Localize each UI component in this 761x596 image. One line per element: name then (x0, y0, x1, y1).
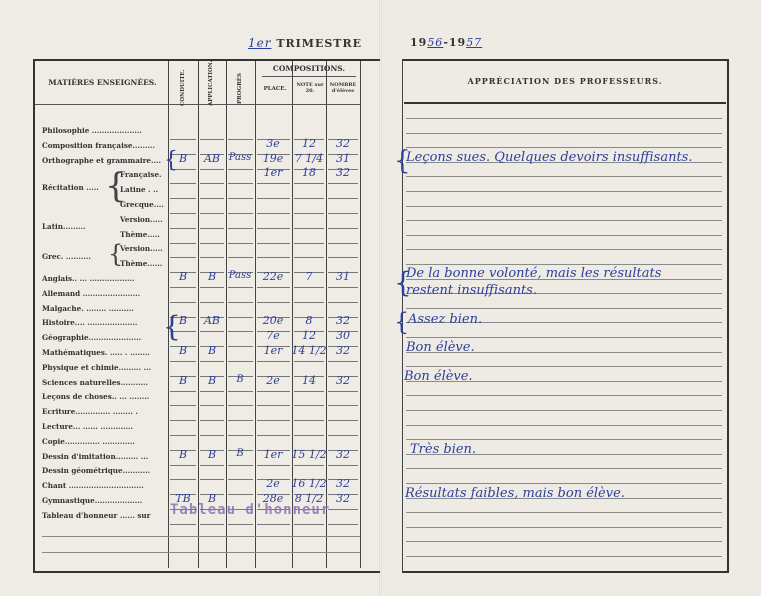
row-line (257, 361, 290, 362)
group-label-recitation: Récitation ..... (42, 183, 99, 192)
row-line (294, 391, 324, 392)
col-header-nombre: NOMBRE d'élèves (327, 82, 359, 94)
row-line (200, 243, 224, 244)
row-line (200, 183, 224, 184)
col-header-application: APPLICATION. (208, 64, 214, 106)
row-line (257, 257, 290, 258)
row-line (200, 287, 224, 288)
comment-gymnastique: Résultats faibles, mais bon élève. (405, 486, 625, 501)
row-line (170, 257, 196, 258)
subject-label: Allemand ....................... (42, 289, 166, 298)
row-line (200, 213, 224, 214)
subject-label: Leçons de choses.. ... ........ (42, 392, 166, 401)
subject-label: Sciences naturelles........... (42, 378, 166, 387)
row-line (200, 139, 224, 140)
subject-label: Histoire.... .................... (42, 318, 166, 327)
row-line (294, 183, 324, 184)
writing-line (406, 366, 722, 367)
row-line (228, 405, 253, 406)
row-line (228, 361, 253, 362)
row-line (170, 213, 196, 214)
row-line (170, 420, 196, 421)
writing-line (406, 118, 722, 119)
compositions-divider (262, 76, 356, 77)
year-start: 56 (427, 36, 443, 49)
grade-progres: Pass (222, 152, 258, 163)
writing-line (406, 147, 722, 148)
row-line (200, 420, 224, 421)
row-line (228, 228, 253, 229)
row-line (170, 139, 196, 140)
writing-line (406, 235, 722, 236)
row-line (200, 391, 224, 392)
row-line (228, 287, 253, 288)
grade-note: 12 (291, 137, 327, 150)
writing-line (406, 308, 722, 309)
row-line (228, 139, 253, 140)
grade-nombre: 31 (325, 270, 361, 283)
row-line (328, 198, 358, 199)
subject-label: Dessin géométrique........... (42, 466, 166, 475)
grade-nombre: 32 (325, 166, 361, 179)
row-line (228, 183, 253, 184)
col-header-progres: PROGRÈS (237, 66, 243, 104)
subject-label: Ecriture.............. ........ . (42, 407, 166, 416)
subject-label: Lecture... ...... ............. (42, 422, 166, 431)
writing-line (406, 410, 722, 411)
row-line (294, 524, 324, 525)
row-line (200, 198, 224, 199)
writing-line (406, 556, 722, 557)
grade-place: 7e (255, 329, 291, 342)
row-line (294, 405, 324, 406)
row-line (328, 509, 358, 510)
writing-line (406, 264, 722, 265)
appreciation-title: APPRÉCIATION DES PROFESSEURS. (402, 76, 728, 86)
row-line (294, 213, 324, 214)
grade-note: 14 1/2 (291, 344, 327, 357)
row-line (328, 420, 358, 421)
row-line (328, 213, 358, 214)
row-line (328, 391, 358, 392)
row-line (200, 257, 224, 258)
year-end: 57 (466, 36, 482, 49)
row-line (294, 198, 324, 199)
writing-line (406, 541, 722, 542)
grade-nombre: 30 (325, 329, 361, 342)
grade-nombre: 32 (325, 492, 361, 505)
grade-place: 2e (255, 374, 291, 387)
row-line (294, 287, 324, 288)
writing-line (406, 425, 722, 426)
row-line (294, 228, 324, 229)
row-line (228, 243, 253, 244)
grade-nombre: 31 (325, 152, 361, 165)
writing-line (406, 220, 722, 221)
col-header-place: PLACE. (258, 86, 292, 92)
row-line (170, 391, 196, 392)
appreciation-header-divider (404, 102, 726, 104)
row-line (228, 479, 253, 480)
row-line (228, 420, 253, 421)
grade-nombre: 32 (325, 448, 361, 461)
writing-line (406, 439, 722, 440)
brace-comment-3: { (394, 308, 409, 336)
grade-place: 1er (255, 448, 291, 461)
row-line (257, 213, 290, 214)
row-line (200, 302, 224, 303)
row-line (170, 228, 196, 229)
row-line (170, 479, 196, 480)
row-line (257, 243, 290, 244)
grade-place: 22e (255, 270, 291, 283)
row-line (257, 420, 290, 421)
writing-line (406, 249, 722, 250)
grade-progres: B (222, 374, 258, 385)
row-line (328, 302, 358, 303)
grade-place: 1er (255, 344, 291, 357)
row-line (257, 405, 290, 406)
header-divider (35, 104, 360, 105)
row-line (228, 435, 253, 436)
row-line (294, 465, 324, 466)
row-line (328, 435, 358, 436)
group-label-grec: Grec. .......... (42, 252, 91, 261)
grade-note: 16 1/2 (291, 477, 327, 490)
row-line (170, 524, 196, 525)
row-line (294, 435, 324, 436)
row-line (257, 465, 290, 466)
subject-label: Physique et chimie......... ... (42, 363, 166, 372)
group-label-latin: Latin......... (42, 222, 86, 231)
row-line (257, 228, 290, 229)
row-line (228, 465, 253, 466)
grade-nombre: 32 (325, 137, 361, 150)
col-header-compositions: COMPOSITIONS. (258, 64, 360, 73)
subject-label: Gymnastique................... (42, 496, 166, 505)
grade-note: 18 (291, 166, 327, 179)
row-line (228, 198, 253, 199)
row-line (228, 213, 253, 214)
year-sep: -19 (443, 36, 466, 49)
subject-label: Malgache. ........ .......... (42, 304, 166, 313)
subject-label: Anglais.. ... .................. (42, 274, 166, 283)
row-line (200, 228, 224, 229)
row-line (257, 198, 290, 199)
subject-label: Géographie..................... (42, 333, 166, 342)
blank-line (42, 552, 360, 553)
row-line (170, 435, 196, 436)
row-line (328, 287, 358, 288)
subject-label: Chant .............................. (42, 481, 166, 490)
grade-note: 14 (291, 374, 327, 387)
tableau-honneur-stamp: Tableau d'honneur (170, 502, 330, 518)
writing-line (406, 133, 722, 134)
subject-label: Thème...... (120, 259, 162, 268)
comment-orthographe: Leçons sues. Quelques devoirs insuffisan… (406, 150, 692, 165)
writing-line (406, 527, 722, 528)
row-line (294, 420, 324, 421)
comment-anglais-2: restent insuffisants. (406, 283, 537, 298)
writing-line (406, 512, 722, 513)
row-line (228, 317, 253, 318)
trimester-number: 1er (248, 36, 271, 50)
row-line (228, 302, 253, 303)
row-line (170, 243, 196, 244)
row-line (328, 257, 358, 258)
row-line (200, 169, 224, 170)
row-line (294, 257, 324, 258)
row-line (200, 361, 224, 362)
col-header-note: NOTE sur 20. (294, 82, 326, 94)
grade-note: 7 1/4 (291, 152, 327, 165)
grade-nombre: 32 (325, 477, 361, 490)
year-prefix: 19 (410, 36, 427, 49)
subject-label: Version..... (120, 215, 163, 224)
comment-anglais-1: De la bonne volonté, mais les résultats (406, 266, 661, 281)
grade-place: 19e (255, 152, 291, 165)
comment-sciences: Bon élève. (404, 369, 473, 384)
row-line (200, 435, 224, 436)
subject-label: Thème..... (120, 230, 160, 239)
subject-label: Copie.............. ............. (42, 437, 166, 446)
grade-place: 20e (255, 314, 291, 327)
grade-nombre: 32 (325, 374, 361, 387)
grade-place: 3e (255, 137, 291, 150)
subject-label: Composition française......... (42, 141, 166, 150)
row-line (257, 183, 290, 184)
row-line (257, 435, 290, 436)
grade-application: AB (194, 314, 230, 327)
comment-dessin: Très bien. (410, 442, 476, 457)
writing-line (406, 483, 722, 484)
brace-histgeo: { (163, 310, 181, 343)
row-line (257, 302, 290, 303)
row-line (170, 287, 196, 288)
row-line (228, 524, 253, 525)
row-line (294, 302, 324, 303)
subject-label: Tableau d'honneur ...... sur (42, 511, 166, 520)
subject-label: Philosophie .................... (42, 126, 166, 135)
writing-line (406, 337, 722, 338)
writing-line (406, 468, 722, 469)
row-line (228, 494, 253, 495)
row-line (328, 465, 358, 466)
row-line (257, 524, 290, 525)
subject-label: Version..... (120, 244, 163, 253)
writing-line (406, 206, 722, 207)
row-line (257, 391, 290, 392)
row-line (294, 243, 324, 244)
row-line (170, 198, 196, 199)
grade-place: 2e (255, 477, 291, 490)
grade-note: 8 (291, 314, 327, 327)
row-line (228, 346, 253, 347)
grade-progres: Pass (222, 270, 258, 281)
row-line (328, 243, 358, 244)
grade-note: 15 1/2 (291, 448, 327, 461)
row-line (228, 257, 253, 258)
row-line (200, 524, 224, 525)
row-line (200, 331, 224, 332)
writing-line (406, 395, 722, 396)
grade-note: 12 (291, 329, 327, 342)
subject-label: Mathématiques. ..... . ........ (42, 348, 166, 357)
grade-place: 1er (255, 166, 291, 179)
row-line (170, 361, 196, 362)
brace-grec: { (108, 240, 123, 268)
comment-histgeo: Assez bien. (408, 312, 482, 327)
grade-nombre: 32 (325, 314, 361, 327)
row-line (294, 361, 324, 362)
trimester-label: TRIMESTRE (276, 37, 362, 50)
row-line (170, 465, 196, 466)
subject-label: Orthographe et grammaire.... (42, 156, 166, 165)
brace-recitation: { (105, 166, 127, 206)
row-line (170, 183, 196, 184)
blank-line (42, 536, 360, 537)
writing-line (406, 191, 722, 192)
school-year: 1956-1957 (410, 36, 482, 49)
row-line (328, 524, 358, 525)
trimester-header: 1er TRIMESTRE (248, 36, 362, 50)
row-line (200, 465, 224, 466)
row-line (200, 405, 224, 406)
row-line (228, 391, 253, 392)
row-line (228, 169, 253, 170)
comment-maths: Bon élève. (406, 340, 475, 355)
row-line (170, 302, 196, 303)
grade-progres: B (222, 448, 258, 459)
brace-orthographe: { (164, 148, 178, 173)
row-line (328, 405, 358, 406)
grade-nombre: 32 (325, 344, 361, 357)
row-line (328, 361, 358, 362)
row-line (200, 479, 224, 480)
subject-label: Dessin d'imitation......... ... (42, 452, 166, 461)
col-header-conduite: CONDUITE. (180, 66, 186, 106)
row-line (328, 228, 358, 229)
col-header-subjects: MATIÈRES ENSEIGNÉES. (40, 78, 165, 87)
grade-note: 7 (291, 270, 327, 283)
grade-application: B (194, 344, 230, 357)
row-line (228, 331, 253, 332)
row-line (328, 183, 358, 184)
writing-line (406, 176, 722, 177)
row-line (170, 405, 196, 406)
row-line (257, 287, 290, 288)
